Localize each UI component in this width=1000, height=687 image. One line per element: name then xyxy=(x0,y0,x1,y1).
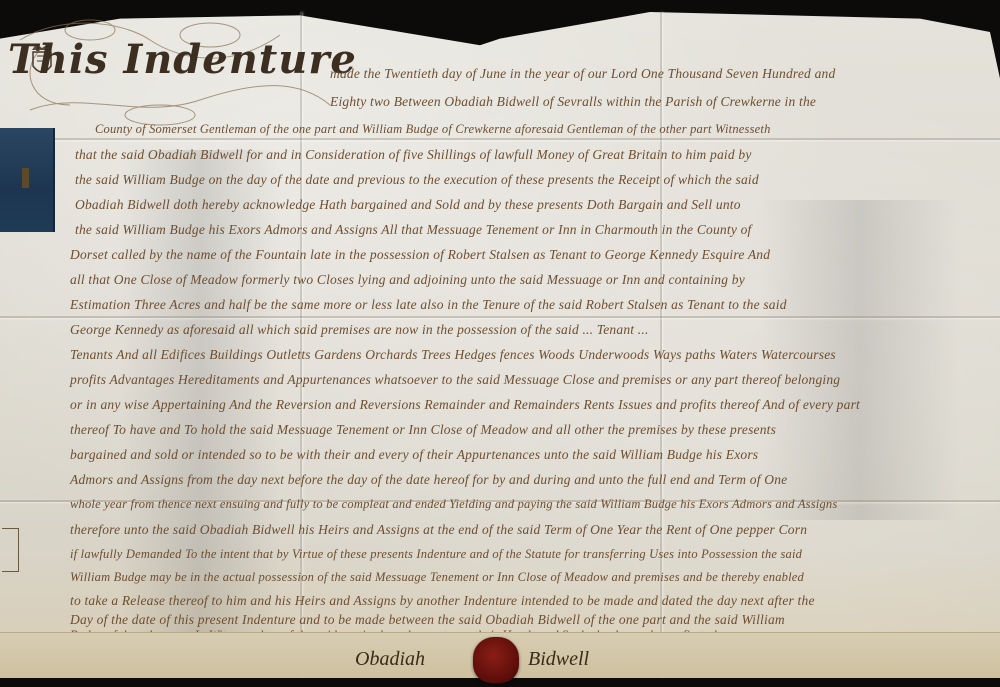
fold-line xyxy=(0,138,1000,140)
document-frame: This Indenture made the Twentieth day of… xyxy=(0,0,1000,687)
text-line: the said William Budge on the day of the… xyxy=(75,172,759,188)
document-heading: This Indenture xyxy=(8,36,357,83)
text-line: Admors and Assigns from the day next bef… xyxy=(70,472,787,488)
blue-stamp-tab xyxy=(0,128,55,232)
text-line: therefore unto the said Obadiah Bidwell … xyxy=(70,522,807,538)
text-line: Obadiah Bidwell doth hereby acknowledge … xyxy=(75,197,741,213)
text-line: thereof To have and To hold the said Mes… xyxy=(70,422,776,438)
text-line: County of Somerset Gentleman of the one … xyxy=(95,122,771,137)
text-line: George Kennedy as aforesaid all which sa… xyxy=(70,322,649,338)
signature-last-name: Bidwell xyxy=(528,648,589,671)
margin-mark xyxy=(2,528,19,572)
text-line: if lawfully Demanded To the intent that … xyxy=(70,547,802,562)
text-line: profits Advantages Hereditaments and App… xyxy=(70,372,840,388)
text-line: the said William Budge his Exors Admors … xyxy=(75,222,752,238)
text-line: Estimation Three Acres and half be the s… xyxy=(70,297,787,313)
text-line: Day of the date of this present Indentur… xyxy=(70,612,785,628)
fold-line xyxy=(0,316,1000,318)
text-line: William Budge may be in the actual posse… xyxy=(70,570,804,585)
text-line: Tenants And all Edifices Buildings Outle… xyxy=(70,347,836,363)
text-line: Dorset called by the name of the Fountai… xyxy=(70,247,770,263)
text-line: whole year from thence next ensuing and … xyxy=(70,497,837,512)
signature-first-name: Obadiah xyxy=(355,648,425,671)
text-line: Eighty two Between Obadiah Bidwell of Se… xyxy=(330,94,816,110)
wax-seal-icon xyxy=(473,637,519,683)
tax-stamp-icon xyxy=(22,168,29,188)
text-line: all that One Close of Meadow formerly tw… xyxy=(70,272,745,288)
text-line: or in any wise Appertaining And the Reve… xyxy=(70,397,860,413)
text-line: that the said Obadiah Bidwell for and in… xyxy=(75,147,752,163)
text-line: to take a Release thereof to him and his… xyxy=(70,593,815,609)
text-line: bargained and sold or intended so to be … xyxy=(70,447,758,463)
text-line: made the Twentieth day of June in the ye… xyxy=(330,66,835,82)
